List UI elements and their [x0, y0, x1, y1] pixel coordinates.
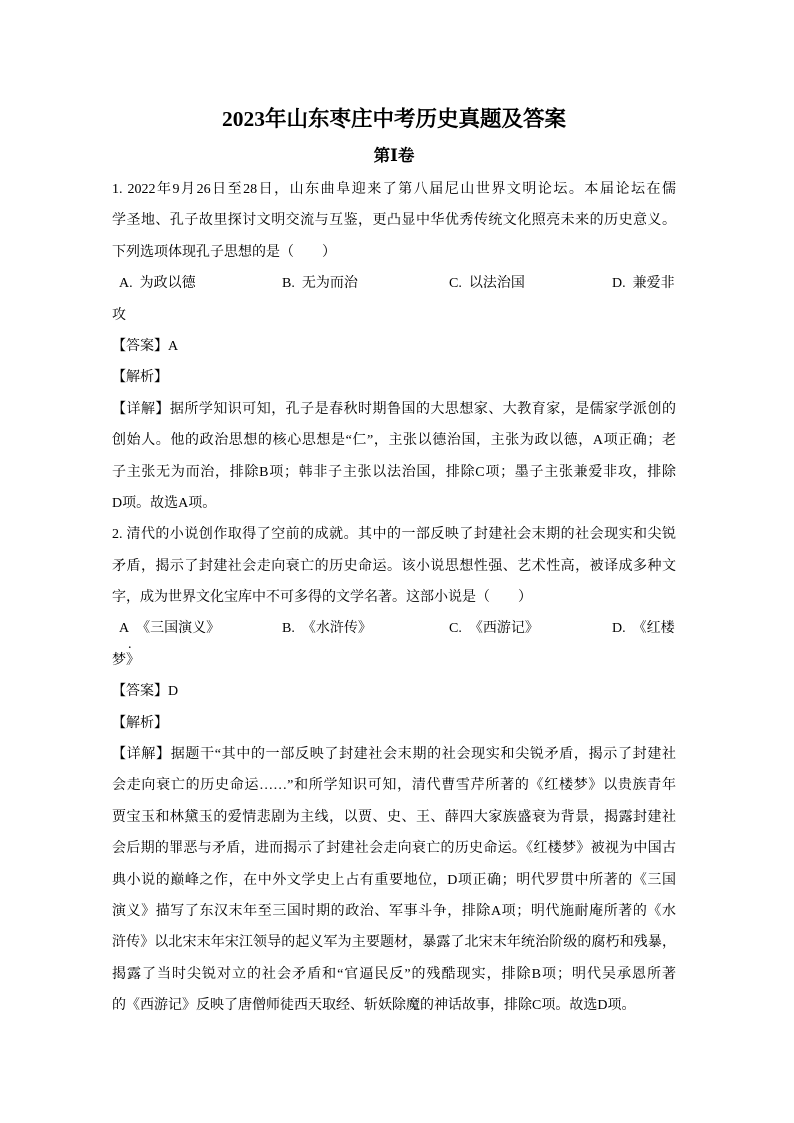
document-content: 2023年山东枣庄中考历史真题及答案 第Ⅰ卷 1. 2022年9月26日至28日…	[112, 0, 676, 1022]
q2-option-a: A.《三国演义》	[119, 621, 220, 636]
option-dropped-period: .	[128, 638, 132, 652]
q1-option-a: A.为政以德	[119, 268, 196, 299]
option-label: B.	[282, 621, 295, 636]
q1-stem-line-2: 学圣地、孔子故里探讨文明交流与互鉴，更凸显中华优秀传统文化照亮未来的历史意义。	[112, 205, 676, 236]
q1-detail-line-3: 子主张无为而治，排除B项；韩非子主张以法治国，排除C项；墨子主张兼爱非攻，排除	[112, 457, 676, 488]
q2-stem-line-1: 2. 清代的小说创作取得了空前的成就。其中的一部反映了封建社会末期的社会现实和尖…	[112, 519, 676, 550]
q1-option-c: C.以法治国	[449, 268, 525, 299]
q2-detail-line-6: 演义》描写了东汉末年至三国时期的政治、军事斗争，排除A项；明代施耐庵所著的《水	[112, 896, 676, 927]
option-label: B.	[282, 276, 295, 291]
document-page: 2023年山东枣庄中考历史真题及答案 第Ⅰ卷 1. 2022年9月26日至28日…	[0, 0, 794, 1123]
q1-analysis-line: 【解析】	[112, 362, 676, 393]
option-text: 《红楼	[633, 621, 675, 636]
page-title: 2023年山东枣庄中考历史真题及答案	[112, 0, 676, 139]
q1-stem-line-3: 下列选项体现孔子思想的是（ ）	[112, 237, 676, 268]
option-label: A	[119, 621, 129, 636]
option-text: 《水浒传》	[302, 621, 372, 636]
q1-detail-line-4: D项。故选A项。	[112, 488, 676, 519]
q2-option-b: B.《水浒传》	[282, 613, 372, 644]
q1-options-row: A.为政以德 B.无为而治 C.以法治国 D.兼爱非	[112, 268, 676, 299]
q2-detail-line-1: 【详解】据题干“其中的一部反映了封建社会末期的社会现实和尖锐矛盾，揭示了封建社	[112, 739, 676, 770]
q1-option-d-wrap-line: 攻	[112, 300, 676, 331]
q2-detail-line-3: 贾宝玉和林黛玉的爱情悲剧为主线，以贾、史、王、薛四大家族盛衰为背景，揭露封建社	[112, 802, 676, 833]
option-label: D.	[612, 621, 626, 636]
option-text: 《西游记》	[469, 621, 539, 636]
option-label: A.	[119, 276, 133, 291]
q1-detail-line-1: 【详解】据所学知识可知，孔子是春秋时期鲁国的大思想家、大教育家，是儒家学派创的	[112, 394, 676, 425]
q2-option-d-wrap-line: 梦》	[112, 645, 676, 676]
q2-detail-line-4: 会后期的罪恶与矛盾，进而揭示了封建社会走向衰亡的历史命运。《红楼梦》被视为中国古	[112, 833, 676, 864]
option-text: 无为而治	[302, 276, 358, 291]
option-text: 兼爱非	[633, 276, 675, 291]
option-text: 《三国演义》	[136, 621, 220, 636]
q1-stem-line-1: 1. 2022年9月26日至28日，山东曲阜迎来了第八届尼山世界文明论坛。本届论…	[112, 174, 676, 205]
section-heading: 第Ⅰ卷	[112, 140, 676, 171]
q2-analysis-line: 【解析】	[112, 708, 676, 739]
option-text: 为政以德	[140, 276, 196, 291]
q1-option-d: D.兼爱非	[612, 268, 675, 299]
q2-answer-line: 【答案】D	[112, 676, 676, 707]
q2-option-c: C.《西游记》	[449, 613, 539, 644]
q2-options-row: A.《三国演义》 B.《水浒传》 C.《西游记》 D.《红楼	[112, 613, 676, 644]
q2-stem-line-2: 矛盾，揭示了封建社会走向衰亡的历史命运。该小说思想性强、艺术性高，被译成多种文	[112, 551, 676, 582]
q2-option-d: D.《红楼	[612, 613, 675, 644]
q1-answer-line: 【答案】A	[112, 331, 676, 362]
q2-detail-line-2: 会走向衰亡的历史命运……”和所学知识可知，清代曹雪芹所著的《红楼梦》以贵族青年	[112, 770, 676, 801]
option-label: C.	[449, 621, 462, 636]
q2-detail-line-8: 揭露了当时尖锐对立的社会矛盾和“官逼民反”的残酷现实，排除B项；明代吴承恩所著	[112, 959, 676, 990]
option-label: C.	[449, 276, 462, 291]
q1-detail-line-2: 创始人。他的政治思想的核心思想是“仁”，主张以德治国，主张为政以德，A项正确；老	[112, 425, 676, 456]
q2-detail-line-5: 典小说的巅峰之作，在中外文学史上占有重要地位，D项正确；明代罗贯中所著的《三国	[112, 865, 676, 896]
q1-option-b: B.无为而治	[282, 268, 358, 299]
option-text: 以法治国	[469, 276, 525, 291]
q2-detail-line-9: 的《西游记》反映了唐僧师徒西天取经、斩妖除魔的神话故事，排除C项。故选D项。	[112, 990, 676, 1021]
q2-detail-line-7: 浒传》以北宋末年宋江领导的起义军为主要题材，暴露了北宋末年统治阶级的腐朽和残暴，	[112, 927, 676, 958]
q2-stem-line-3: 字，成为世界文化宝库中不可多得的文学名著。这部小说是（ ）	[112, 582, 676, 613]
option-label: D.	[612, 276, 626, 291]
